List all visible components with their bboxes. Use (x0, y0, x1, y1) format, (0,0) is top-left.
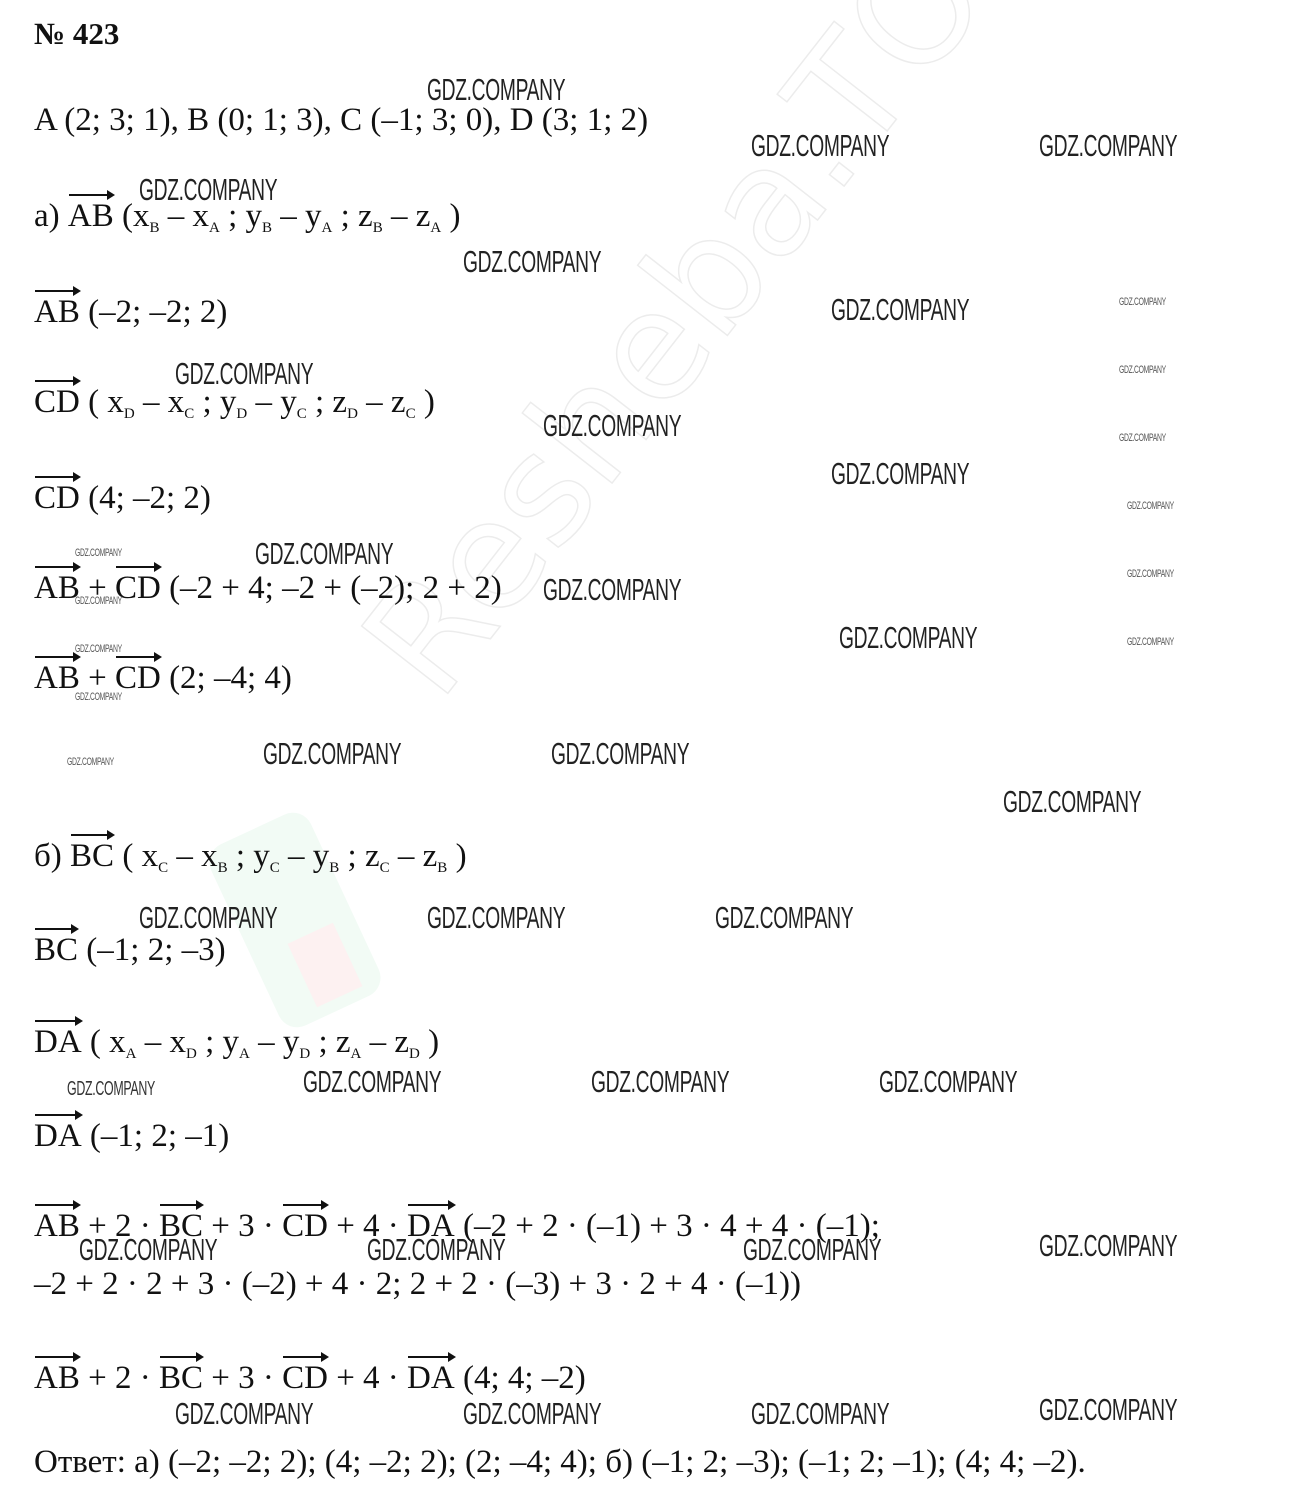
watermark: GDZ.COMPANY (175, 1396, 313, 1432)
watermark: GDZ.COMPANY (751, 128, 889, 164)
watermark: GDZ.COMPANY (139, 900, 277, 936)
watermark: GDZ.COMPANY (831, 292, 969, 328)
part-b-label: б) (34, 838, 62, 874)
watermark: GDZ.COMPANY (175, 356, 313, 392)
watermark: GDZ.COMPANY (1127, 636, 1174, 648)
bc-formula: б) BC ( xC – xB ; yC – yB ; zC – zB ) (34, 832, 467, 888)
watermark: GDZ.COMPANY (75, 691, 122, 703)
part-a-label: а) (34, 198, 60, 234)
watermark: GDZ.COMPANY (543, 572, 681, 608)
vector-da: DA (407, 1354, 455, 1398)
watermark: GDZ.COMPANY (427, 72, 565, 108)
watermark: GDZ.COMPANY (463, 244, 601, 280)
watermark: GDZ.COMPANY (1119, 296, 1166, 308)
watermark: GDZ.COMPANY (463, 1396, 601, 1432)
vector-cd: CD (34, 474, 80, 518)
watermark: GDZ.COMPANY (751, 1396, 889, 1432)
combo-result: AB + 2 · BC + 3 · CD + 4 · DA (4; 4; –2) (34, 1354, 586, 1398)
combo-formula-line2: –2 + 2 · 2 + 3 · (–2) + 4 · 2; 2 + 2 · (… (34, 1264, 801, 1304)
vector-ab: AB (34, 288, 80, 332)
vector-bc: BC (34, 926, 78, 970)
watermark: GDZ.COMPANY (67, 756, 114, 768)
watermark: GDZ.COMPANY (743, 1232, 881, 1268)
watermark: GDZ.COMPANY (263, 736, 401, 772)
watermark: GDZ.COMPANY (839, 620, 977, 656)
watermark: GDZ.COMPANY (1003, 784, 1141, 820)
vector-bc: BC (159, 1354, 203, 1398)
vector-da: DA (34, 1112, 82, 1156)
vector-ab: AB (68, 192, 114, 236)
watermark: GDZ.COMPANY (543, 408, 681, 444)
watermark: GDZ.COMPANY (1039, 1392, 1177, 1428)
watermark: GDZ.COMPANY (255, 536, 393, 572)
da-result: DA (–1; 2; –1) (34, 1112, 229, 1156)
vector-ab: AB (34, 654, 80, 698)
watermark: GDZ.COMPANY (1119, 432, 1166, 444)
answer-line: Ответ: а) (–2; –2; 2); (4; –2; 2); (2; –… (34, 1442, 1086, 1482)
watermark: GDZ.COMPANY (551, 736, 689, 772)
sum-result: AB + CD (2; –4; 4) (34, 654, 292, 698)
vector-ab: AB (34, 1202, 80, 1246)
vector-ab: AB (34, 564, 80, 608)
watermark: GDZ.COMPANY (75, 595, 122, 607)
watermark: GDZ.COMPANY (75, 643, 122, 655)
watermark: GDZ.COMPANY (303, 1064, 441, 1100)
watermark: GDZ.COMPANY (79, 1232, 217, 1268)
watermark: GDZ.COMPANY (427, 900, 565, 936)
vector-cd: CD (282, 1202, 328, 1246)
watermark: GDZ.COMPANY (1119, 364, 1166, 376)
vector-da: DA (34, 1018, 82, 1062)
watermark: GDZ.COMPANY (75, 547, 122, 559)
vector-cd: CD (282, 1354, 328, 1398)
watermark: GDZ.COMPANY (831, 456, 969, 492)
watermark: GDZ.COMPANY (1039, 1228, 1177, 1264)
watermark: GDZ.COMPANY (67, 1078, 155, 1101)
watermark: GDZ.COMPANY (367, 1232, 505, 1268)
vector-bc: BC (70, 832, 114, 876)
problem-number: № 423 (34, 14, 119, 54)
watermark: GDZ.COMPANY (879, 1064, 1017, 1100)
watermark: GDZ.COMPANY (591, 1064, 729, 1100)
cd-result: CD (4; –2; 2) (34, 474, 211, 518)
watermark: GDZ.COMPANY (139, 172, 277, 208)
watermark: GDZ.COMPANY (715, 900, 853, 936)
ab-result: AB (–2; –2; 2) (34, 288, 227, 332)
watermark: GDZ.COMPANY (1127, 568, 1174, 580)
watermark: GDZ.COMPANY (1039, 128, 1177, 164)
vector-ab: AB (34, 1354, 80, 1398)
vector-cd: CD (34, 378, 80, 422)
watermark: GDZ.COMPANY (1127, 500, 1174, 512)
